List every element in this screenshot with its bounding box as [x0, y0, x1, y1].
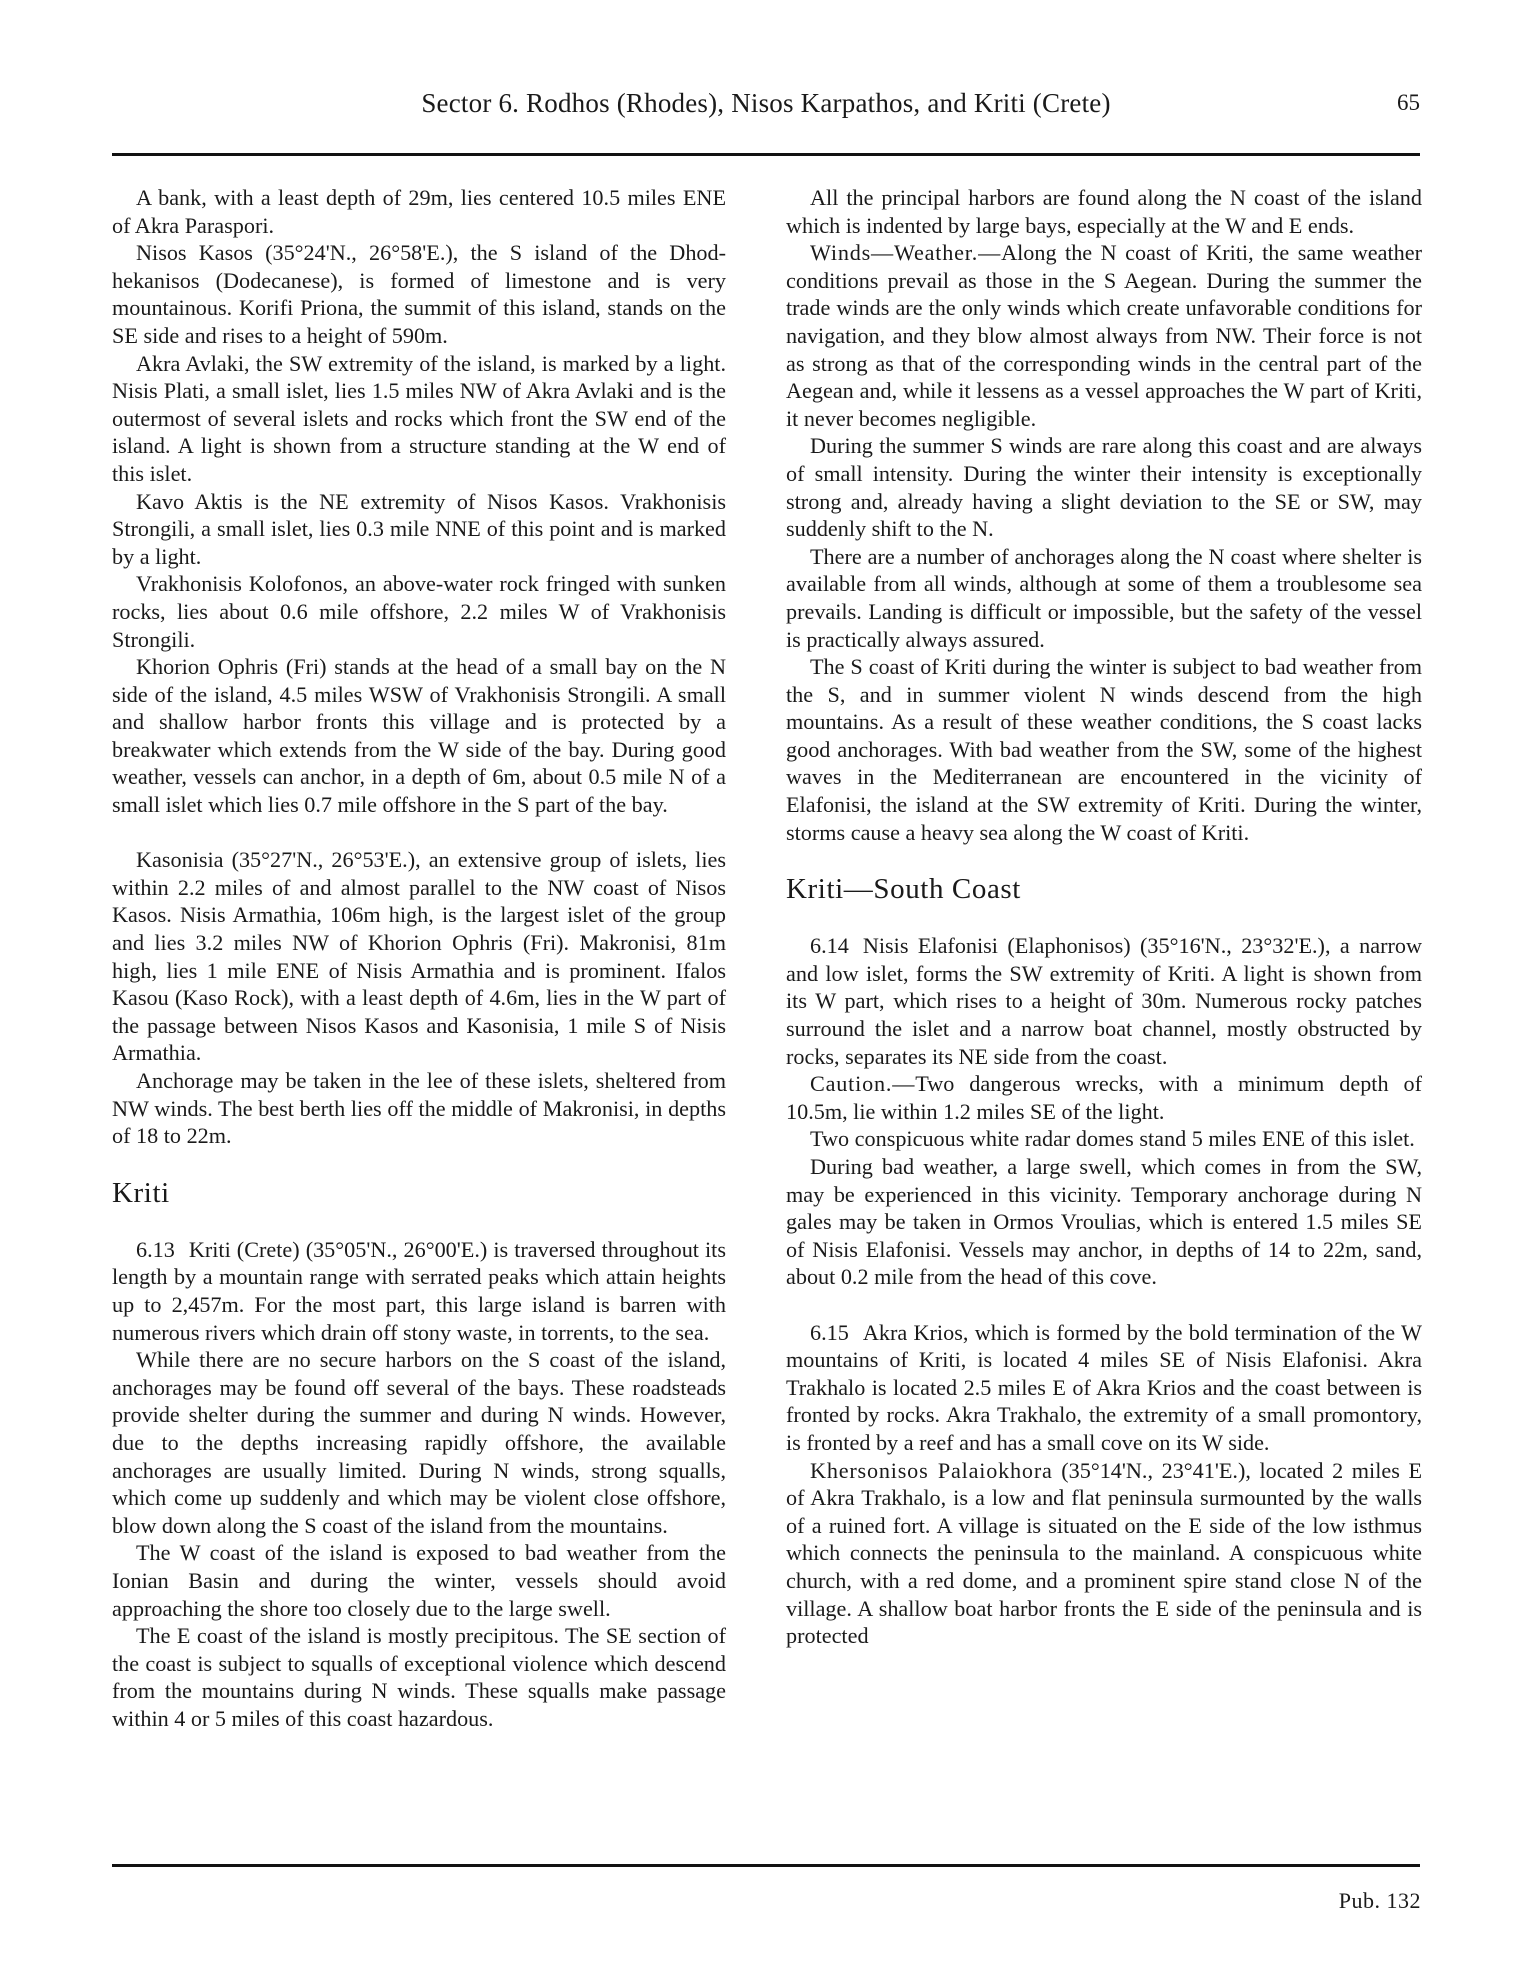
- run-in-heading: Winds—Weather.—: [810, 240, 1001, 265]
- page-header: Sector 6. Rodhos (Rhodes), Nisos Karpath…: [112, 88, 1420, 128]
- section-6-14: 6.14Nisis Elafonisi (Elaphonisos) (35°16…: [786, 932, 1422, 1070]
- paragraph: Akra Avlaki, the SW extremity of the isl…: [112, 350, 726, 488]
- section-6-13: 6.13Kriti (Crete) (35°05'N., 26°00'E.) i…: [112, 1236, 726, 1346]
- paragraph: Kavo Aktis is the NE extremity of Nisos …: [112, 488, 726, 571]
- paragraph-number: 6.14: [810, 933, 849, 958]
- paragraph: Nisos Kasos (35°24'N., 26°58'E.), the S …: [112, 239, 726, 349]
- run-in-heading: Khersonisos Palaiokhora: [810, 1458, 1053, 1483]
- paragraph: The W coast of the island is exposed to …: [112, 1539, 726, 1622]
- footer-rule: [112, 1864, 1420, 1867]
- paragraph: Kasonisia (35°27'N., 26°53'E.), an exten…: [112, 846, 726, 1067]
- page-number: 65: [1397, 90, 1420, 116]
- header-rule: [112, 153, 1420, 156]
- paragraph-text: (35°14'N., 23°41'E.), located 2 miles E …: [786, 1458, 1422, 1649]
- winds-weather-paragraph: Winds—Weather.—Along the N coast of Krit…: [786, 239, 1422, 432]
- paragraph: During the summer S winds are rare along…: [786, 432, 1422, 542]
- paragraph: Vrakhonisis Kolofonos, an above-water ro…: [112, 570, 726, 653]
- paragraph-text: Nisis Elafonisi (Elaphonisos) (35°16'N.,…: [786, 933, 1422, 1068]
- paragraph: Two conspicuous white radar domes stand …: [786, 1125, 1422, 1153]
- paragraph: The E coast of the island is mostly prec…: [112, 1622, 726, 1732]
- caution-paragraph: Caution.—Two dangerous wrecks, with a mi…: [786, 1070, 1422, 1125]
- paragraph-text: Akra Krios, which is formed by the bold …: [786, 1320, 1422, 1455]
- paragraph: There are a number of anchorages along t…: [786, 543, 1422, 653]
- paragraph: A bank, with a least depth of 29m, lies …: [112, 184, 726, 239]
- paragraph: During bad weather, a large swell, which…: [786, 1153, 1422, 1291]
- left-column: A bank, with a least depth of 29m, lies …: [112, 184, 726, 1732]
- section-heading-kriti: Kriti: [112, 1176, 726, 1210]
- section-heading-kriti-south-coast: Kriti—South Coast: [786, 872, 1422, 906]
- paragraph: The S coast of Kriti during the winter i…: [786, 653, 1422, 846]
- khersonisos-paragraph: Khersonisos Palaiokhora (35°14'N., 23°41…: [786, 1457, 1422, 1650]
- paragraph-text: Along the N coast of Kriti, the same wea…: [786, 240, 1422, 431]
- section-6-15: 6.15Akra Krios, which is formed by the b…: [786, 1319, 1422, 1457]
- paragraph-text: Kriti (Crete) (35°05'N., 26°00'E.) is tr…: [112, 1237, 726, 1345]
- running-title: Sector 6. Rodhos (Rhodes), Nisos Karpath…: [112, 88, 1420, 119]
- run-in-heading: Caution.—: [810, 1071, 915, 1096]
- publication-number: Pub. 132: [1339, 1888, 1421, 1914]
- paragraph: Anchorage may be taken in the lee of the…: [112, 1067, 726, 1150]
- paragraph: Khorion Ophris (Fri) stands at the head …: [112, 653, 726, 819]
- paragraph-number: 6.13: [136, 1237, 175, 1262]
- paragraph: While there are no secure harbors on the…: [112, 1346, 726, 1539]
- right-column: All the principal harbors are found alon…: [786, 184, 1422, 1650]
- paragraph: All the principal harbors are found alon…: [786, 184, 1422, 239]
- paragraph-number: 6.15: [810, 1320, 849, 1345]
